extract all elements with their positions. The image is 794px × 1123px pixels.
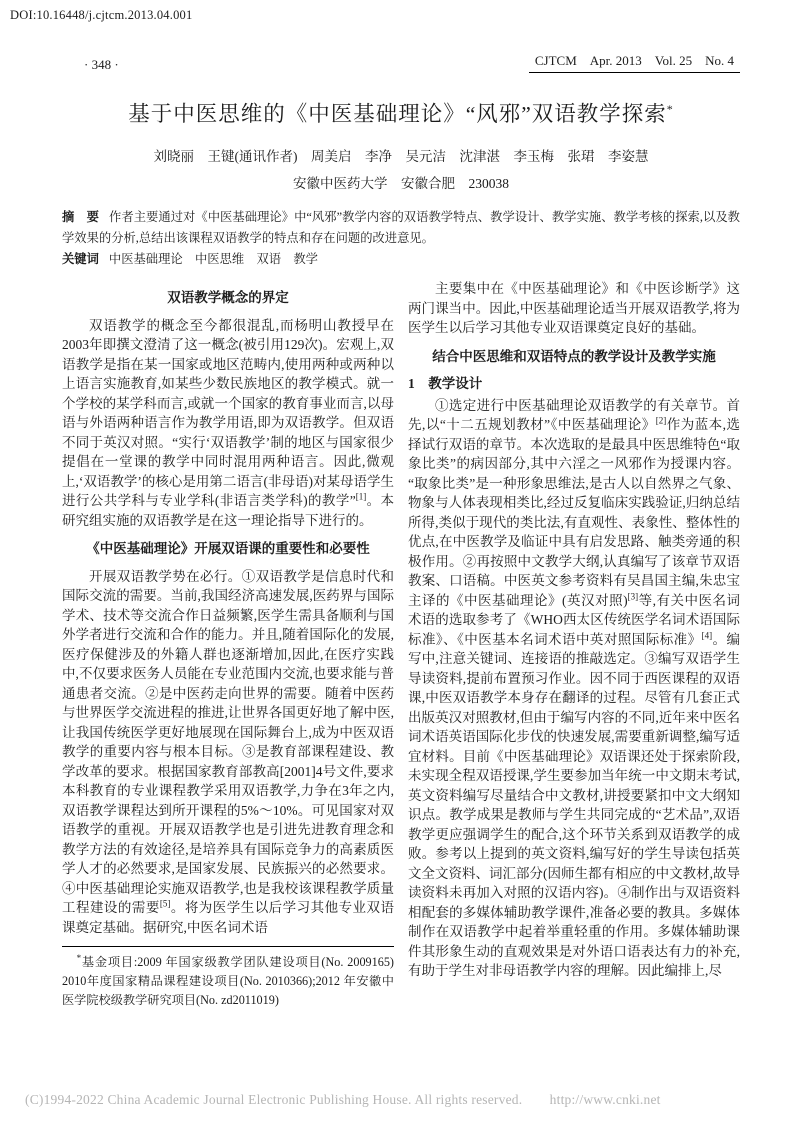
fund-footnote: *基金项目:2009 年国家级教学团队建设项目(No. 2009165) 201… [62, 953, 394, 1010]
heading-importance-necessity: 《中医基础理论》开展双语课的重要性和必要性 [62, 539, 394, 559]
journal-info: CJTCM Apr. 2013 Vol. 25 No. 4 [529, 50, 740, 73]
body-columns: 双语教学概念的界定 双语教学的概念至今都很混乱,而杨明山教授早在2003年即撰文… [62, 279, 740, 1010]
abstract-text: 作者主要通过对《中医基础理论》中“风邪”教学内容的双语教学特点、教学设计、教学实… [62, 210, 740, 245]
keywords: 关键词中医基础理论 中医思维 双语 教学 [62, 249, 740, 270]
left-paragraph-1: 双语教学的概念至今都很混乱,而杨明山教授早在2003年即撰文澄清了这一概念(被引… [62, 316, 394, 531]
page-number: · 348 · [84, 57, 119, 73]
left-column: 双语教学概念的界定 双语教学的概念至今都很混乱,而杨明山教授早在2003年即撰文… [62, 279, 394, 1010]
abstract-label: 摘 要 [62, 210, 99, 224]
paper-title-text: 基于中医思维的《中医基础理论》“风邪”双语教学探索 [128, 102, 667, 126]
affiliation-line: 安徽中医药大学 安徽合肥 230038 [62, 172, 740, 192]
keywords-text: 中医基础理论 中医思维 双语 教学 [109, 252, 318, 266]
right-paragraph-2: ①选定进行中医基础理论双语教学的有关章节。首先,以“十二五规划教材”《中医基础理… [408, 396, 740, 981]
right-column: 主要集中在《中医基础理论》和《中医诊断学》这两门课当中。因此,中医基础理论适当开… [408, 279, 740, 1010]
doi-label: DOI:10.16448/j.cjtcm.2013.04.001 [10, 8, 192, 23]
abstract: 摘 要作者主要通过对《中医基础理论》中“风邪”教学内容的双语教学特点、教学设计、… [62, 207, 740, 249]
heading-bilingual-concept: 双语教学概念的界定 [62, 288, 394, 308]
authors-line: 刘晓丽 王键(通讯作者) 周美启 李净 吴元洁 沈津湛 李玉梅 张珺 李姿慧 [62, 145, 740, 165]
footnote-block: *基金项目:2009 年国家级教学团队建设项目(No. 2009165) 201… [62, 946, 394, 1010]
page-content: · 348 · CJTCM Apr. 2013 Vol. 25 No. 4 基于… [62, 0, 740, 1010]
keywords-label: 关键词 [62, 252, 99, 266]
paper-title: 基于中医思维的《中医基础理论》“风邪”双语教学探索* [62, 97, 740, 128]
cnki-copyright-footer: (C)1994-2022 China Academic Journal Elec… [25, 1088, 661, 1108]
right-paragraph-1: 主要集中在《中医基础理论》和《中医诊断学》这两门课当中。因此,中医基础理论适当开… [408, 279, 740, 338]
title-footnote-mark: * [667, 102, 674, 116]
heading-teaching-design-implementation: 结合中医思维和双语特点的教学设计及教学实施 [408, 347, 740, 367]
left-paragraph-2: 开展双语教学势在必行。①双语教学是信息时代和国际交流的需要。当前,我国经济高速发… [62, 567, 394, 938]
section-1-teaching-design: 1 教学设计 [408, 374, 740, 394]
paper-page: { "doi": "DOI:10.16448/j.cjtcm.2013.04.0… [0, 0, 794, 1123]
